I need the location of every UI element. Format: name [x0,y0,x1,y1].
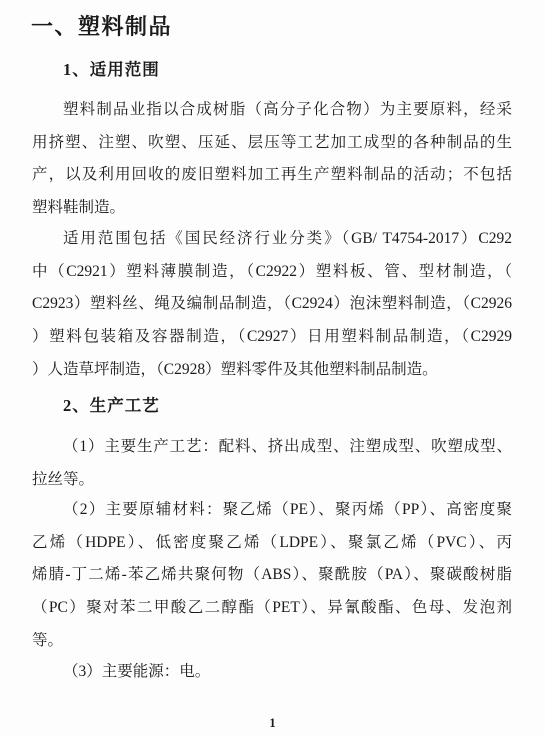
paragraph-main-process: （1）主要生产工艺：配料、挤出成型、注塑成型、吹塑成型、 拉丝等。 [32,431,512,496]
text-line: （1）主要生产工艺：配料、挤出成型、注塑成型、吹塑成型、 [32,431,512,464]
text-line: 拉丝等。 [32,464,512,497]
text-line: 乙烯（HDPE）、低密度聚乙烯（LDPE）、聚氯乙烯（PVC）、丙 [32,527,512,560]
text-line: 塑料制品业指以合成树脂（高分子化合物）为主要原料，经采 [32,94,512,127]
text-line: 烯腈-丁二烯-苯乙烯共聚何物（ABS）、聚酰胺（PA）、聚碳酸树脂 [32,559,512,592]
text-line: 用挤塑、注塑、吹塑、压延、层压等工艺加工成型的各种制品的生 [32,127,512,160]
text-line: （PC）聚对苯二甲酸乙二醇酯（PET）、异氰酸酯、色母、发泡剂 [32,592,512,625]
paragraph-scope-codes: 适用范围包括《国民经济行业分类》（GB/ T4754-2017）C292 中（C… [32,223,512,387]
paragraph-raw-materials: （2）主要原辅材料：聚乙烯（PE）、聚丙烯（PP）、高密度聚 乙烯（HDPE）、… [32,494,512,658]
text-line: 中（C2921）塑料薄膜制造，（C2922）塑料板、管、型材制造，（ [32,256,512,289]
text-line: C2923）塑料丝、绳及编制品制造，（C2924）泡沫塑料制造，（C2926 [32,288,512,321]
page-number: 1 [0,716,545,731]
text-line: （2）主要原辅材料：聚乙烯（PE）、聚丙烯（PP）、高密度聚 [32,494,512,527]
text-line: （3）主要能源：电。 [32,656,512,689]
text-line: ）塑料包装箱及容器制造，（C2927）日用塑料制品制造，（C2929 [32,321,512,354]
text-line: 适用范围包括《国民经济行业分类》（GB/ T4754-2017）C292 [32,223,512,256]
section-heading-scope: 1、适用范围 [63,55,160,85]
document-page: 一、塑料制品 1、适用范围 塑料制品业指以合成树脂（高分子化合物）为主要原料，经… [0,0,545,735]
section-heading-process: 2、生产工艺 [63,391,160,421]
text-line: ）人造草坪制造，（C2928）塑料零件及其他塑料制品制造。 [32,354,512,387]
text-line: 等。 [32,625,512,658]
document-title: 一、塑料制品 [31,12,172,42]
text-line: 塑料鞋制造。 [32,192,512,225]
paragraph-definition: 塑料制品业指以合成树脂（高分子化合物）为主要原料，经采 用挤塑、注塑、吹塑、压延… [32,94,512,225]
paragraph-main-energy: （3）主要能源：电。 [32,656,512,689]
text-line: 产，以及利用回收的废旧塑料加工再生产塑料制品的活动；不包括 [32,159,512,192]
